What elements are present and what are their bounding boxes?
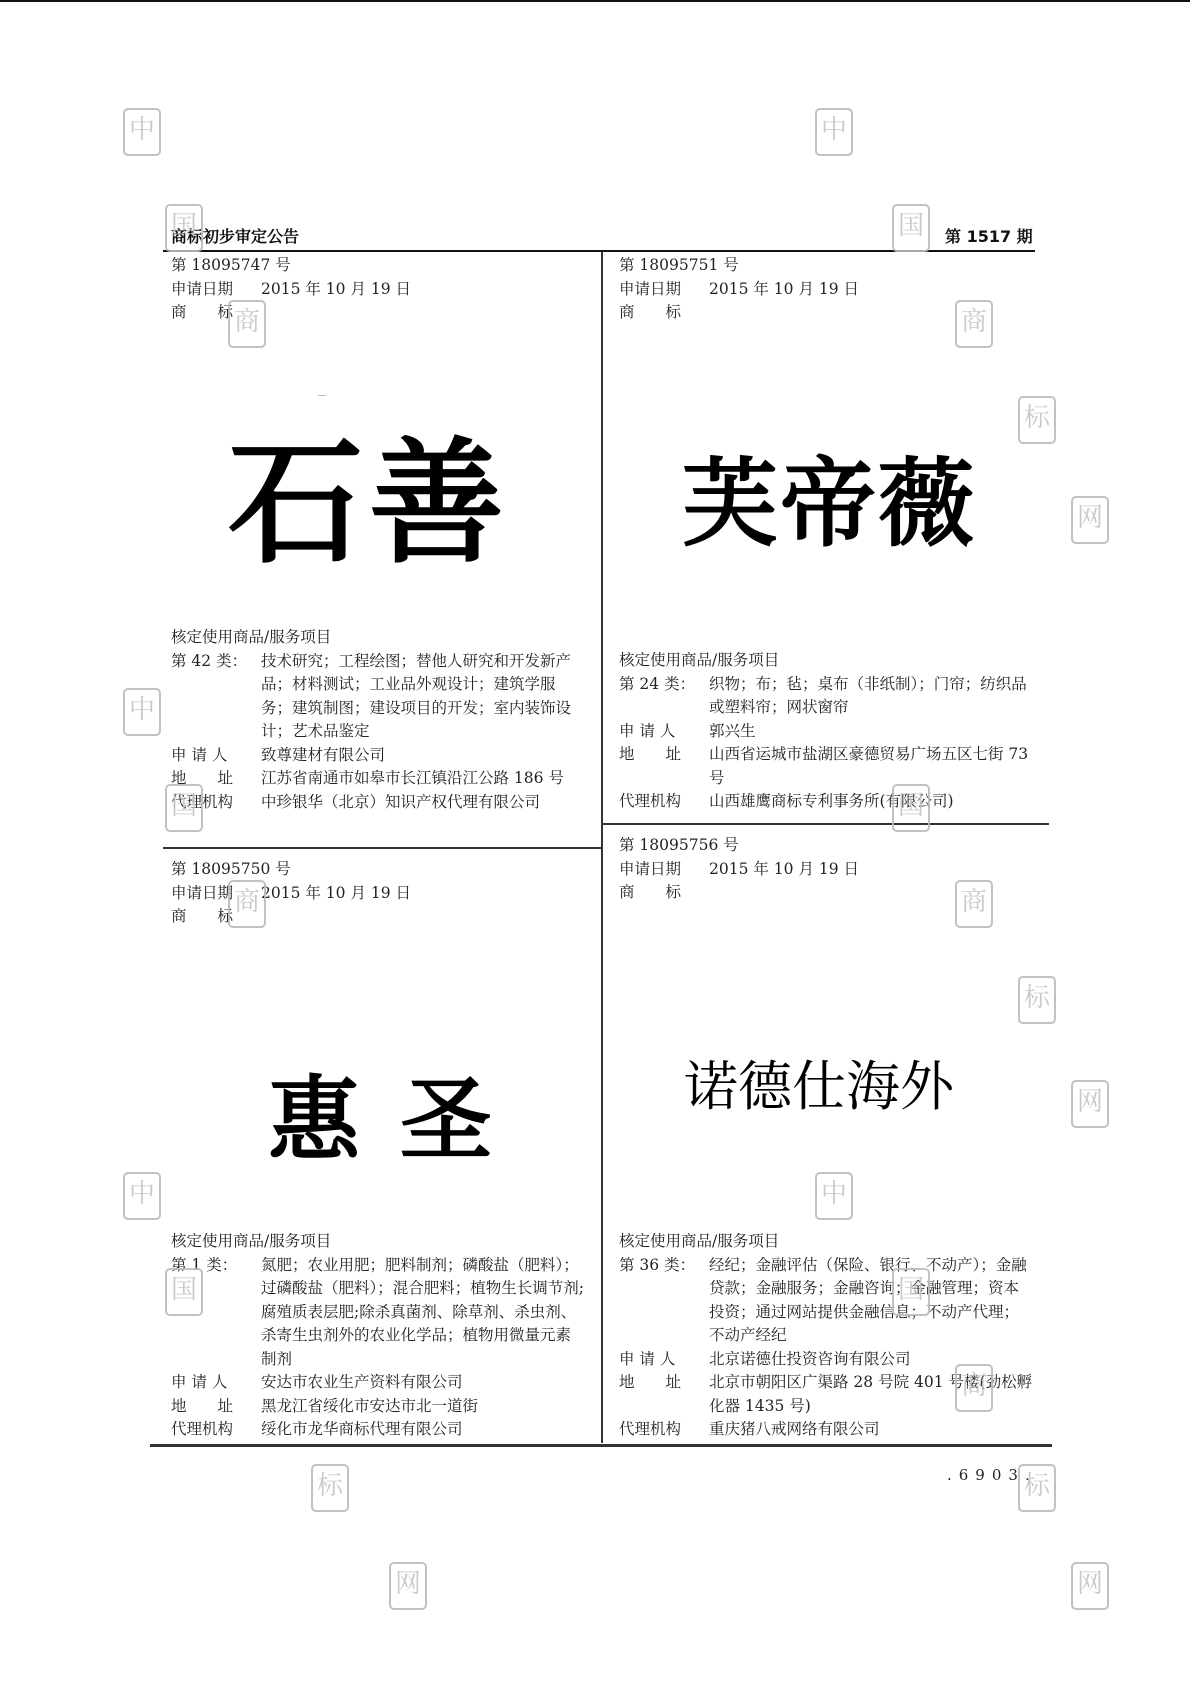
mark-label: 商 标 <box>619 301 709 325</box>
trademark-image-text: 诺德仕海外 <box>684 1044 954 1121</box>
watermark-icon: 国 <box>892 1268 930 1316</box>
applicant-address: 山西省运城市盐湖区豪德贸易广场五区七街 73 号 <box>709 743 1033 790</box>
watermark-icon: 国 <box>165 1268 203 1316</box>
watermark-icon: 中 <box>815 1172 853 1220</box>
watermark-icon: 中 <box>123 688 161 736</box>
agent-label: 代理机构 <box>619 790 709 814</box>
agent-name: 重庆猪八戒网络有限公司 <box>709 1418 1039 1442</box>
applicant-address: 黑龙江省绥化市安达市北一道街 <box>261 1395 591 1419</box>
goods-section: 核定使用商品/服务项目 第 1 类：氮肥；农业用肥；肥料制剂；磷酸盐（肥料）；过… <box>171 1230 591 1442</box>
registration-number: 第 18095751 号 <box>619 254 739 278</box>
trademark-image-text: 芙帝薇 <box>682 428 976 565</box>
watermark-icon: 国 <box>165 204 203 252</box>
address-label: 地 址 <box>619 743 709 790</box>
goods-section: 核定使用商品/服务项目 第 42 类：技术研究；工程绘图；替他人研究和开发新产品… <box>171 626 591 814</box>
watermark-icon: 网 <box>389 1562 427 1610</box>
registration-number: 第 18095747 号 <box>171 254 291 278</box>
goods-list: 氮肥；农业用肥；肥料制剂；磷酸盐（肥料）；过磷酸盐（肥料）；混合肥料；植物生长调… <box>261 1254 585 1372</box>
goods-heading: 核定使用商品/服务项目 <box>171 626 331 650</box>
watermark-icon: 标 <box>1018 976 1056 1024</box>
goods-list: 技术研究；工程绘图；替他人研究和开发新产品；材料测试；工业品外观设计；建筑学服务… <box>261 650 585 744</box>
issue-number: 第 1517 期 <box>945 224 1033 247</box>
entry-separator-left <box>163 847 601 849</box>
bottom-rule <box>150 1444 1052 1447</box>
trademark-image-text: 石善 <box>228 395 510 589</box>
goods-heading: 核定使用商品/服务项目 <box>171 1230 331 1254</box>
address-label: 地 址 <box>171 1395 261 1419</box>
trademark-image-text: 惠圣 <box>268 1047 532 1179</box>
watermark-icon: 中 <box>123 108 161 156</box>
applicant-name: 安达市农业生产资料有限公司 <box>261 1371 591 1395</box>
goods-list: 经纪；金融评估（保险、银行、不动产）；金融贷款；金融服务；金融咨询；金融管理；资… <box>709 1254 1033 1348</box>
watermark-icon: 国 <box>892 204 930 252</box>
applicant-address: 江苏省南通市如皋市长江镇沿江公路 186 号 <box>261 767 585 791</box>
agent-label: 代理机构 <box>619 1418 709 1442</box>
applicant-label: 申 请 人 <box>619 1348 709 1372</box>
watermark-icon: 商 <box>955 880 993 928</box>
watermark-icon: 网 <box>1071 1080 1109 1128</box>
applicant-name: 郭兴生 <box>709 720 1039 744</box>
goods-heading: 核定使用商品/服务项目 <box>619 649 779 673</box>
application-date: 2015 年 10 月 19 日 <box>709 858 1039 882</box>
address-label: 地 址 <box>619 1371 709 1418</box>
registration-number: 第 18095750 号 <box>171 858 291 882</box>
date-label: 申请日期 <box>619 858 709 882</box>
watermark-icon: 标 <box>311 1464 349 1512</box>
entry-separator-right <box>603 823 1049 825</box>
watermark-icon: 中 <box>815 108 853 156</box>
watermark-icon: 国 <box>165 784 203 832</box>
class-label: 第 36 类： <box>619 1254 709 1348</box>
goods-list: 织物；布；毡；桌布（非纸制）；门帘；纺织品或塑料帘；网状窗帘 <box>709 673 1033 720</box>
top-border <box>0 0 1190 2</box>
class-label: 第 24 类： <box>619 673 709 720</box>
agent-name: 山西雄鹰商标专利事务所(有限公司) <box>709 790 1039 814</box>
application-date: 2015 年 10 月 19 日 <box>261 882 591 906</box>
applicant-label: 申 请 人 <box>171 1371 261 1395</box>
date-label: 申请日期 <box>171 278 261 302</box>
mark-label: 商 标 <box>619 881 709 905</box>
watermark-icon: 中 <box>123 1172 161 1220</box>
watermark-icon: 商 <box>228 300 266 348</box>
watermark-icon: 国 <box>892 784 930 832</box>
watermark-icon: 商 <box>955 1364 993 1412</box>
agent-name: 绥化市龙华商标代理有限公司 <box>261 1418 591 1442</box>
class-label: 第 42 类： <box>171 650 261 744</box>
applicant-name: 致尊建材有限公司 <box>261 744 591 768</box>
watermark-icon: 网 <box>1071 1562 1109 1610</box>
registration-number: 第 18095756 号 <box>619 834 739 858</box>
date-label: 申请日期 <box>619 278 709 302</box>
watermark-icon: 标 <box>1018 1464 1056 1512</box>
column-divider <box>601 252 603 1443</box>
agent-name: 中珍银华（北京）知识产权代理有限公司 <box>261 791 591 815</box>
watermark-icon: 商 <box>228 880 266 928</box>
watermark-icon: 标 <box>1018 396 1056 444</box>
watermark-icon: 商 <box>955 300 993 348</box>
application-date: 2015 年 10 月 19 日 <box>709 278 1039 302</box>
application-date: 2015 年 10 月 19 日 <box>261 278 591 302</box>
agent-label: 代理机构 <box>171 1418 261 1442</box>
applicant-label: 申 请 人 <box>619 720 709 744</box>
goods-heading: 核定使用商品/服务项目 <box>619 1230 779 1254</box>
goods-section: 核定使用商品/服务项目 第 24 类：织物；布；毡；桌布（非纸制）；门帘；纺织品… <box>619 649 1039 814</box>
watermark-icon: 网 <box>1071 496 1109 544</box>
applicant-label: 申 请 人 <box>171 744 261 768</box>
